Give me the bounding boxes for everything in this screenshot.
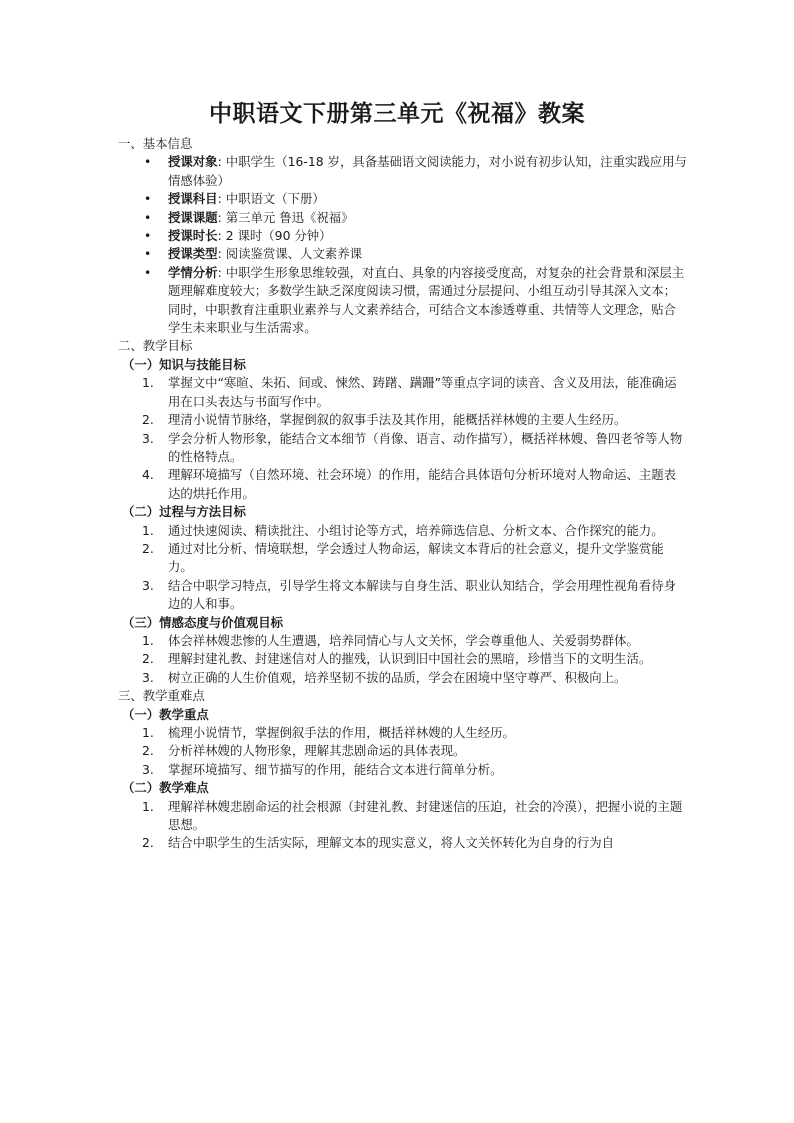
bullet-icon: • bbox=[144, 190, 151, 208]
list-item: 2.结合中职学生的生活实际，理解文本的现实意义，将人文关怀转化为自身的行为自 bbox=[118, 834, 688, 852]
info-text: 中职语文（下册） bbox=[226, 191, 325, 206]
subsection-heading-key-points: （一）教学重点 bbox=[118, 706, 688, 724]
list-number: 4. bbox=[142, 466, 154, 484]
list-item: 1.理解祥林嫂悲剧命运的社会根源（封建礼教、封建迷信的压迫，社会的冷漠），把握小… bbox=[118, 798, 688, 835]
list-item: •授课课题: 第三单元 鲁迅《祝福》 bbox=[118, 209, 688, 227]
list-item: 2.分析祥林嫂的人物形象，理解其悲剧命运的具体表现。 bbox=[118, 742, 688, 760]
document-page: 中职语文下册第三单元《祝福》教案 一、基本信息 •授课对象: 中职学生（16-1… bbox=[0, 0, 794, 1123]
section-heading-basic-info: 一、基本信息 bbox=[118, 135, 688, 153]
list-number: 2. bbox=[142, 650, 154, 668]
document-body: 一、基本信息 •授课对象: 中职学生（16-18 岁，具备基础语文阅读能力，对小… bbox=[118, 135, 688, 853]
subsection-heading-difficult-points: （二）教学难点 bbox=[118, 779, 688, 797]
list-number: 2. bbox=[142, 411, 154, 429]
info-text: 第三单元 鲁迅《祝福》 bbox=[226, 210, 354, 225]
bullet-icon: • bbox=[144, 153, 151, 171]
difficult-points-list: 1.理解祥林嫂悲剧命运的社会根源（封建礼教、封建迷信的压迫，社会的冷漠），把握小… bbox=[118, 798, 688, 853]
info-label: 授课科目 bbox=[168, 191, 218, 206]
list-item: 1.通过快速阅读、精读批注、小组讨论等方式，培养筛选信息、分析文本、合作探究的能… bbox=[118, 522, 688, 540]
list-number: 3. bbox=[142, 430, 154, 448]
list-item: •授课对象: 中职学生（16-18 岁，具备基础语文阅读能力，对小说有初步认知，… bbox=[118, 153, 688, 190]
list-item: 1.梳理小说情节，掌握倒叙手法的作用，概括祥林嫂的人生经历。 bbox=[118, 724, 688, 742]
knowledge-skills-list: 1.掌握文中“寒暄、朱拓、间或、悚然、踌躇、蹒跚”等重点字词的读音、含义及用法，… bbox=[118, 374, 688, 503]
list-number: 1. bbox=[142, 632, 154, 650]
info-label: 授课对象 bbox=[168, 154, 218, 169]
list-number: 2. bbox=[142, 742, 154, 760]
basic-info-list: •授课对象: 中职学生（16-18 岁，具备基础语文阅读能力，对小说有初步认知，… bbox=[118, 153, 688, 337]
process-methods-list: 1.通过快速阅读、精读批注、小组讨论等方式，培养筛选信息、分析文本、合作探究的能… bbox=[118, 522, 688, 614]
subsection-heading-emotion-values: （三）情感态度与价值观目标 bbox=[118, 614, 688, 632]
subsection-heading-process-methods: （二）过程与方法目标 bbox=[118, 503, 688, 521]
list-item: 3.结合中职学习特点，引导学生将文本解读与自身生活、职业认知结合，学会用理性视角… bbox=[118, 577, 688, 614]
list-item: 3.掌握环境描写、细节描写的作用，能结合文本进行简单分析。 bbox=[118, 761, 688, 779]
info-text: 2 课时（90 分钟） bbox=[226, 228, 332, 243]
list-item: 3.树立正确的人生价值观，培养坚韧不拔的品质，学会在困境中坚守尊严、积极向上。 bbox=[118, 669, 688, 687]
section-heading-teaching-goals: 二、教学目标 bbox=[118, 337, 688, 355]
bullet-icon: • bbox=[144, 227, 151, 245]
list-item: 1.体会祥林嫂悲惨的人生遭遇，培养同情心与人文关怀，学会尊重他人、关爱弱势群体。 bbox=[118, 632, 688, 650]
info-label: 授课课题 bbox=[168, 210, 218, 225]
info-text: 中职学生（16-18 岁，具备基础语文阅读能力，对小说有初步认知，注重实践应用与… bbox=[168, 154, 687, 187]
bullet-icon: • bbox=[144, 245, 151, 263]
list-number: 1. bbox=[142, 724, 154, 742]
emotion-values-list: 1.体会祥林嫂悲惨的人生遭遇，培养同情心与人文关怀，学会尊重他人、关爱弱势群体。… bbox=[118, 632, 688, 687]
list-number: 1. bbox=[142, 374, 154, 392]
list-number: 3. bbox=[142, 669, 154, 687]
list-number: 3. bbox=[142, 577, 154, 595]
info-label: 授课类型 bbox=[168, 246, 218, 261]
info-label: 授课时长 bbox=[168, 228, 218, 243]
list-item: •学情分析: 中职学生形象思维较强，对直白、具象的内容接受度高，对复杂的社会背景… bbox=[118, 264, 688, 338]
list-item: 4.理解环境描写（自然环境、社会环境）的作用，能结合具体语句分析环境对人物命运、… bbox=[118, 466, 688, 503]
bullet-icon: • bbox=[144, 264, 151, 282]
list-item: 2.理解封建礼教、封建迷信对人的摧残，认识到旧中国社会的黑暗，珍惜当下的文明生活… bbox=[118, 650, 688, 668]
subsection-heading-knowledge-skills: （一）知识与技能目标 bbox=[118, 356, 688, 374]
list-number: 1. bbox=[142, 798, 154, 816]
info-text: 中职学生形象思维较强，对直白、具象的内容接受度高，对复杂的社会背景和深层主题理解… bbox=[168, 265, 684, 335]
key-points-list: 1.梳理小说情节，掌握倒叙手法的作用，概括祥林嫂的人生经历。 2.分析祥林嫂的人… bbox=[118, 724, 688, 779]
list-number: 3. bbox=[142, 761, 154, 779]
list-item: 2.通过对比分析、情境联想，学会透过人物命运，解读文本背后的社会意义，提升文学鉴… bbox=[118, 540, 688, 577]
list-item: •授课时长: 2 课时（90 分钟） bbox=[118, 227, 688, 245]
list-item: 3.学会分析人物形象，能结合文本细节（肖像、语言、动作描写），概括祥林嫂、鲁四老… bbox=[118, 430, 688, 467]
list-item: •授课科目: 中职语文（下册） bbox=[118, 190, 688, 208]
list-number: 2. bbox=[142, 540, 154, 558]
info-text: 阅读鉴赏课、人文素养课 bbox=[226, 246, 362, 261]
list-item: •授课类型: 阅读鉴赏课、人文素养课 bbox=[118, 245, 688, 263]
list-number: 1. bbox=[142, 522, 154, 540]
section-heading-key-difficult-points: 三、教学重难点 bbox=[118, 687, 688, 705]
list-item: 1.掌握文中“寒暄、朱拓、间或、悚然、踌躇、蹒跚”等重点字词的读音、含义及用法，… bbox=[118, 374, 688, 411]
list-number: 2. bbox=[142, 834, 154, 852]
bullet-icon: • bbox=[144, 209, 151, 227]
info-label: 学情分析 bbox=[168, 265, 218, 280]
page-title: 中职语文下册第三单元《祝福》教案 bbox=[0, 99, 794, 129]
list-item: 2.理清小说情节脉络，掌握倒叙的叙事手法及其作用，能概括祥林嫂的主要人生经历。 bbox=[118, 411, 688, 429]
